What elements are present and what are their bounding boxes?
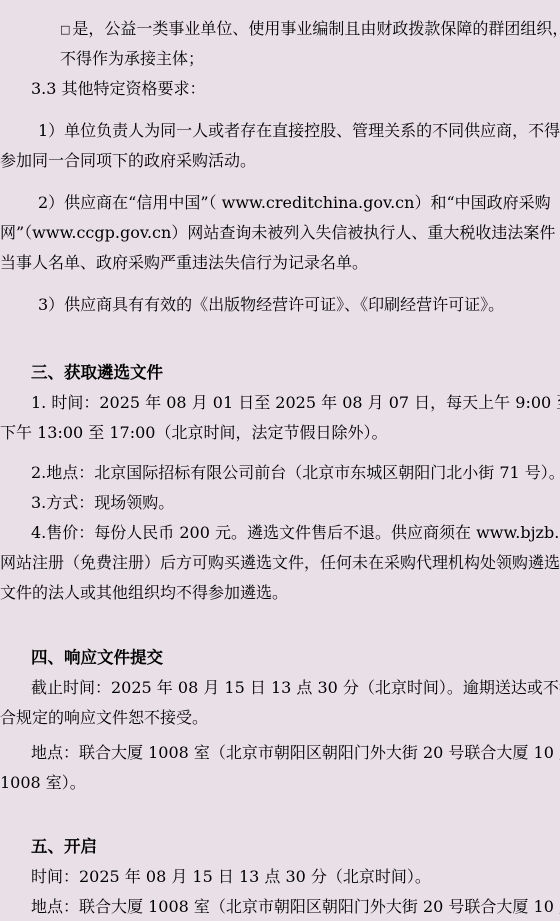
section-5-time: 时间：2025 年 08 月 15 日 13 点 30 分（北京时间）。 [0, 862, 560, 892]
section-3-price-line-2: 网站注册（免费注册）后方可购买遴选文件，任何未在采购代理机构处领购遴选 [0, 548, 560, 578]
section-4-deadline-line-2: 合规定的响应文件恕不接受。 [0, 703, 560, 733]
rule-3-line-1: 3）供应商具有有效的《出版物经营许可证》、《印刷经营许可证》。 [0, 290, 560, 320]
section-4-deadline-line-1: 截止时间：2025 年 08 月 15 日 13 点 30 分（北京时间）。逾期… [0, 673, 560, 703]
qualification-option-text: 是，公益一类事业单位、使用事业编制且由财政拨款保障的群团组织， [72, 19, 560, 38]
section-4-heading: 四、响应文件提交 [0, 643, 560, 673]
qualification-option-line-2: 不得作为承接主体； [0, 44, 560, 74]
rule-2-line-3: 当事人名单、政府采购严重违法失信行为记录名单。 [0, 248, 560, 278]
section-3-time-line-2: 下午 13:00 至 17:00（北京时间，法定节假日除外）。 [0, 418, 560, 448]
rule-1-line-2: 参加同一合同项下的政府采购活动。 [0, 146, 560, 176]
section-3-price-line-1: 4.售价：每份人民币 200 元。遴选文件售后不退。供应商须在 www.bjzb… [0, 518, 560, 548]
section-3-heading: 三、获取遴选文件 [0, 358, 560, 388]
document-page: □是，公益一类事业单位、使用事业编制且由财政拨款保障的群团组织， 不得作为承接主… [0, 0, 560, 921]
checkbox-icon: □ [60, 15, 70, 44]
section-4-place-line-1: 地点：联合大厦 1008 室（北京市朝阳区朝阳门外大街 20 号联合大厦 10 … [0, 738, 560, 768]
rule-1-line-1: 1）单位负责人为同一人或者存在直接控股、管理关系的不同供应商，不得 [0, 116, 560, 146]
section-5-place: 地点：联合大厦 1008 室（北京市朝阳区朝阳门外大街 20 号联合大厦 10 … [0, 892, 560, 921]
section-3-place: 2.地点：北京国际招标有限公司前台（北京市东城区朝阳门北小街 71 号）。 [0, 458, 560, 488]
section-3-method: 3.方式：现场领购。 [0, 488, 560, 518]
section-5-heading: 五、开启 [0, 832, 560, 862]
clause-3-3-title: 3.3 其他特定资格要求： [0, 74, 560, 104]
qualification-option-line-1: □是，公益一类事业单位、使用事业编制且由财政拨款保障的群团组织， [0, 14, 560, 44]
rule-2-line-1: 2）供应商在“信用中国”（ www.creditchina.gov.cn）和“中… [0, 188, 560, 218]
section-3-time-line-1: 1. 时间：2025 年 08 月 01 日至 2025 年 08 月 07 日… [0, 388, 560, 418]
section-3-price-line-3: 文件的法人或其他组织均不得参加遴选。 [0, 578, 560, 608]
rule-2-line-2: 网”（www.ccgp.gov.cn）网站查询未被列入失信被执行人、重大税收违法… [0, 218, 560, 248]
section-4-place-line-2: 1008 室）。 [0, 768, 560, 798]
